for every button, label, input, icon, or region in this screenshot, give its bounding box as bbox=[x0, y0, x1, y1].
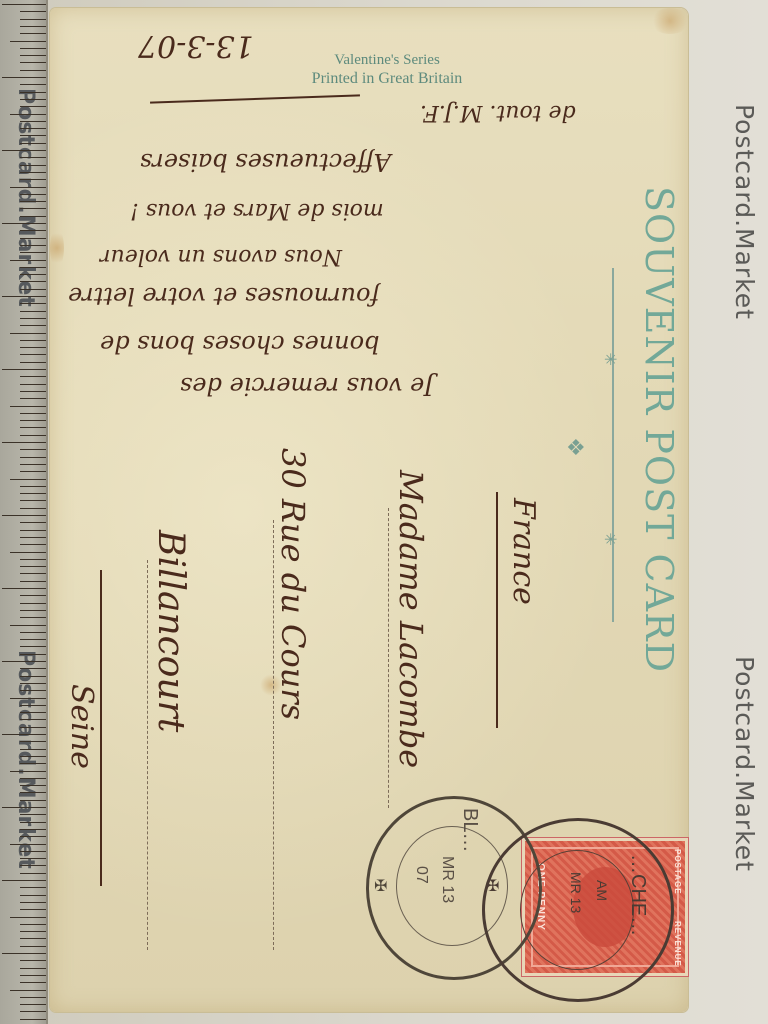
ruler-tick bbox=[20, 836, 46, 837]
ruler-tick bbox=[2, 880, 46, 881]
ruler-tick bbox=[20, 486, 46, 487]
address-underline bbox=[100, 570, 102, 886]
watermark-right-top: Postcard.Market bbox=[730, 104, 759, 320]
ruler-tick bbox=[2, 515, 46, 516]
ruler-tick bbox=[20, 413, 46, 414]
ruler-tick bbox=[20, 632, 46, 633]
postmark-town: …CHE… bbox=[626, 854, 649, 936]
ruler-tick bbox=[20, 267, 46, 268]
ruler-tick bbox=[10, 552, 46, 553]
ruler-tick bbox=[20, 347, 46, 348]
ruler-tick bbox=[20, 938, 46, 939]
ruler-tick bbox=[10, 260, 46, 261]
ruler-tick bbox=[20, 530, 46, 531]
ruler-tick bbox=[20, 457, 46, 458]
ruler-tick bbox=[20, 683, 46, 684]
ruler-tick bbox=[20, 420, 46, 421]
ruler-tick bbox=[20, 982, 46, 983]
ruler-tick bbox=[20, 157, 46, 158]
maltese-cross-icon: ✠ bbox=[374, 876, 387, 895]
ruler-tick bbox=[10, 479, 46, 480]
ruler-tick bbox=[20, 690, 46, 691]
ruler-tick bbox=[10, 333, 46, 334]
ruler-tick bbox=[20, 354, 46, 355]
ruler-tick bbox=[20, 968, 46, 969]
ruler-tick bbox=[20, 566, 46, 567]
fleuron-ornament-icon: ❖ bbox=[566, 436, 586, 461]
measuring-ruler: Postcard.Market Postcard.Market bbox=[0, 0, 48, 1024]
ruler-tick bbox=[10, 114, 46, 115]
ruler-tick bbox=[10, 990, 46, 991]
ruler-tick bbox=[20, 230, 46, 231]
ruler-tick bbox=[20, 617, 46, 618]
ruler-tick bbox=[20, 106, 46, 107]
ruler-tick bbox=[20, 26, 46, 27]
ruler-tick bbox=[2, 77, 46, 78]
ruler-tick bbox=[20, 749, 46, 750]
ruler-tick bbox=[2, 807, 46, 808]
ruler-tick bbox=[20, 274, 46, 275]
ruler-tick bbox=[20, 931, 46, 932]
ruler-tick bbox=[20, 238, 46, 239]
ruler-tick bbox=[20, 493, 46, 494]
ruler-tick bbox=[2, 734, 46, 735]
ruler-tick bbox=[20, 1019, 46, 1020]
ruler-tick bbox=[20, 537, 46, 538]
ruler-tick bbox=[20, 887, 46, 888]
ruler-tick bbox=[10, 698, 46, 699]
ruler-tick bbox=[2, 223, 46, 224]
ruler-tick bbox=[20, 924, 46, 925]
ruler-tick bbox=[20, 464, 46, 465]
ruler-tick bbox=[2, 4, 46, 5]
postmark-date: MR 13 bbox=[438, 856, 456, 903]
ruler-tick bbox=[20, 11, 46, 12]
ruler-tick bbox=[20, 1011, 46, 1012]
ruler-tick bbox=[20, 676, 46, 677]
ruler-tick bbox=[20, 741, 46, 742]
ruler-tick bbox=[20, 128, 46, 129]
ruler-tick bbox=[20, 121, 46, 122]
message-line-7: de tout. M.J.F. bbox=[420, 100, 576, 125]
ruler-tick bbox=[20, 997, 46, 998]
ruler-tick bbox=[20, 471, 46, 472]
address-street: 30 Rue du Cours bbox=[274, 448, 312, 720]
postmark-year: 07 bbox=[412, 866, 430, 884]
ruler-tick bbox=[20, 318, 46, 319]
ruler-tick bbox=[20, 135, 46, 136]
ruler-tick bbox=[20, 99, 46, 100]
ruler-tick bbox=[2, 296, 46, 297]
message-line-4: Nous avons un voleur bbox=[100, 244, 342, 269]
ruler-tick bbox=[20, 668, 46, 669]
ruler-tick bbox=[10, 187, 46, 188]
ruler-tick bbox=[20, 435, 46, 436]
message-line-6: Affectueuses baisers bbox=[140, 148, 391, 176]
ruler-tick bbox=[10, 625, 46, 626]
ruler-tick bbox=[20, 19, 46, 20]
message-date: 13-3-07 bbox=[138, 28, 254, 63]
postmark-date: MR 13 bbox=[568, 872, 584, 913]
maltese-cross-icon: ✠ bbox=[486, 876, 499, 895]
ruler-tick bbox=[20, 179, 46, 180]
address-dotted-line bbox=[388, 508, 389, 808]
ruler-tick bbox=[20, 201, 46, 202]
ruler-tick bbox=[20, 194, 46, 195]
ruler-tick bbox=[2, 661, 46, 662]
ruler-tick bbox=[20, 559, 46, 560]
watermark-right-bottom: Postcard.Market bbox=[730, 656, 759, 872]
ruler-tick bbox=[20, 902, 46, 903]
ruler-tick bbox=[20, 84, 46, 85]
ruler-tick bbox=[20, 639, 46, 640]
ruler-tick bbox=[10, 771, 46, 772]
ruler-tick bbox=[20, 143, 46, 144]
ruler-tick bbox=[10, 41, 46, 42]
ruler-tick bbox=[20, 654, 46, 655]
ruler-tick bbox=[20, 544, 46, 545]
ruler-tick bbox=[20, 573, 46, 574]
message-line-5: mois de Mars et vous ! bbox=[130, 198, 384, 223]
ruler-tick bbox=[20, 873, 46, 874]
stamp-bottom-text: REVENUE bbox=[673, 921, 682, 967]
ruler-tick bbox=[20, 281, 46, 282]
ruler-tick bbox=[20, 865, 46, 866]
star-ornament-icon: ✳ bbox=[604, 350, 617, 369]
ruler-tick bbox=[20, 376, 46, 377]
ruler-tick bbox=[20, 778, 46, 779]
ruler-tick bbox=[20, 1004, 46, 1005]
ruler-tick bbox=[20, 895, 46, 896]
ruler-tick bbox=[20, 55, 46, 56]
ruler-tick bbox=[20, 252, 46, 253]
address-city: Billancourt bbox=[150, 530, 191, 732]
ruler-tick bbox=[20, 340, 46, 341]
address-dotted-line bbox=[147, 560, 148, 950]
ruler-tick bbox=[20, 603, 46, 604]
ruler-tick bbox=[20, 909, 46, 910]
ruler-tick bbox=[20, 362, 46, 363]
address-underline bbox=[496, 492, 498, 728]
ruler-tick bbox=[20, 508, 46, 509]
address-department: Seine bbox=[64, 684, 99, 769]
ruler-tick bbox=[20, 172, 46, 173]
ruler-tick bbox=[20, 792, 46, 793]
ruler-tick bbox=[2, 150, 46, 151]
ruler-tick bbox=[20, 581, 46, 582]
ruler-tick bbox=[20, 960, 46, 961]
ruler-tick bbox=[20, 800, 46, 801]
stamp-top-text: POSTAGE bbox=[673, 849, 682, 895]
ruler-tick bbox=[20, 712, 46, 713]
message-line-2: bonnes choses bons de bbox=[100, 330, 379, 358]
ruler-tick bbox=[2, 588, 46, 589]
ruler-tick bbox=[10, 406, 46, 407]
ruler-tick bbox=[20, 705, 46, 706]
ruler-tick bbox=[20, 610, 46, 611]
ruler-tick bbox=[20, 851, 46, 852]
souvenir-post-card-heading: SOUVENIR POST CARD bbox=[634, 186, 684, 706]
star-ornament-icon: ✳ bbox=[604, 530, 617, 549]
address-country: France bbox=[506, 498, 541, 605]
stain bbox=[50, 228, 64, 268]
ruler-tick bbox=[20, 814, 46, 815]
ruler-tick bbox=[20, 289, 46, 290]
ruler-tick bbox=[20, 325, 46, 326]
ruler-tick bbox=[20, 303, 46, 304]
address-recipient: Madame Lacombe bbox=[392, 470, 430, 768]
postmark-time: AM bbox=[594, 880, 610, 901]
ruler-tick bbox=[20, 311, 46, 312]
ruler-tick bbox=[20, 398, 46, 399]
ruler-tick bbox=[20, 822, 46, 823]
ruler-tick bbox=[20, 756, 46, 757]
publisher-imprint: Valentine's Series Printed in Great Brit… bbox=[262, 50, 512, 88]
ruler-tick bbox=[2, 442, 46, 443]
ruler-tick bbox=[20, 595, 46, 596]
ruler-tick bbox=[20, 946, 46, 947]
ruler-tick bbox=[20, 33, 46, 34]
ruler-tick bbox=[20, 858, 46, 859]
message-line-1: Je vous remercie des bbox=[180, 372, 434, 400]
ruler-tick bbox=[20, 384, 46, 385]
divider-line bbox=[612, 268, 614, 622]
message-line-3: fournouses et votre lettre bbox=[68, 282, 379, 310]
ruler-tick bbox=[20, 62, 46, 63]
ruler-tick bbox=[20, 500, 46, 501]
ruler-tick bbox=[20, 92, 46, 93]
ruler-tick bbox=[20, 70, 46, 71]
ruler-tick bbox=[20, 719, 46, 720]
ruler-tick bbox=[20, 975, 46, 976]
series-name: Valentine's Series bbox=[262, 50, 512, 70]
ruler-tick bbox=[20, 785, 46, 786]
ruler-tick bbox=[20, 829, 46, 830]
ruler-tick bbox=[20, 727, 46, 728]
ruler-tick bbox=[20, 208, 46, 209]
ruler-tick bbox=[2, 953, 46, 954]
ruler-tick bbox=[10, 844, 46, 845]
ruler-tick bbox=[10, 917, 46, 918]
ruler-tick bbox=[20, 427, 46, 428]
printed-in: Printed in Great Britain bbox=[262, 70, 512, 88]
ruler-tick bbox=[20, 646, 46, 647]
ruler-tick bbox=[20, 449, 46, 450]
stain bbox=[650, 8, 690, 34]
postmark-town: BL… bbox=[458, 808, 481, 852]
ruler-tick bbox=[2, 369, 46, 370]
ruler-tick bbox=[20, 48, 46, 49]
ruler-tick bbox=[20, 245, 46, 246]
ruler-tick bbox=[20, 763, 46, 764]
ruler-tick bbox=[20, 165, 46, 166]
ruler-tick bbox=[20, 216, 46, 217]
ruler-tick bbox=[20, 522, 46, 523]
ruler-tick bbox=[20, 391, 46, 392]
